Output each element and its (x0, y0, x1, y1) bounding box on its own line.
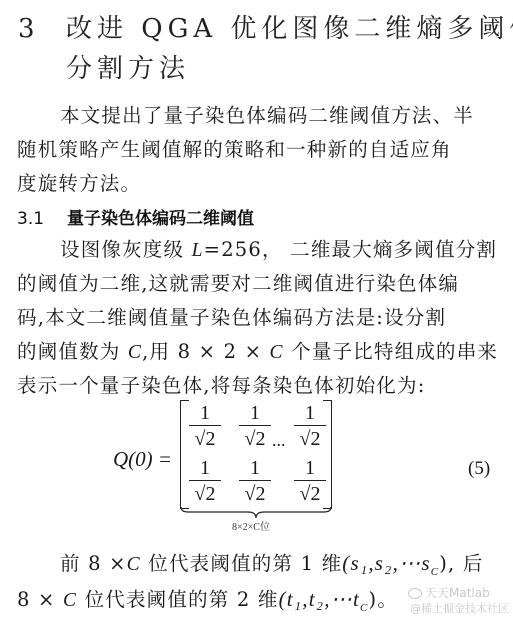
body-line4: 的阈值数为 C,用 8 × 2 × C 个量子比特组成的串来 (17, 336, 498, 364)
intro-line3: 度旋转方法。 (17, 168, 141, 196)
closing-line2: 8 × C 位代表阈值的第 2 维(t₁,t₂,⋯tC)。 (17, 584, 398, 614)
numerator: 1 (187, 402, 223, 424)
subsection-number: 3.1 (17, 209, 67, 229)
numerator: 1 (237, 402, 273, 424)
watermark-line1: 天天Matlab (408, 584, 490, 601)
body-line2: 的阈值为二维,这就需要对二维阈值进行染色体编 (17, 268, 459, 296)
denominator: √2 (237, 427, 273, 451)
equation-number: (5) (468, 458, 490, 480)
matrix-entry-r2c2: 1√2 (237, 457, 273, 506)
matrix-ellipsis: ... (272, 430, 286, 451)
variable-C: C (127, 554, 141, 575)
section-title-line1: 改进 QGA 优化图像二维熵多阈值 (66, 14, 513, 44)
text: 设图像灰度级 (60, 238, 192, 261)
section-number: 3 (18, 14, 66, 44)
matrix-entry-r2c3: 1√2 (292, 457, 328, 506)
text: ), 后 (439, 552, 483, 575)
text: 个量子比特组成的串来 (284, 340, 498, 363)
text: 8 × (17, 588, 63, 611)
matrix-entry-r1c1: 1√2 (187, 402, 223, 451)
matrix-entry-r2c1: 1√2 (187, 457, 223, 506)
body-line5: 表示一个量子染色体,将每条染色体初始化为: (17, 370, 425, 398)
text: 位代表阈值的第 2 维 (77, 588, 278, 611)
tuple-t: (t₁,t₂,⋯tC (279, 587, 369, 611)
text: =256， 二维最大熵多阈值分割 (204, 238, 497, 261)
subsection-heading: 3.1量子染色体编码二维阈值 (17, 204, 254, 229)
section-title-line2: 分割方法 (66, 48, 190, 85)
denominator: √2 (292, 427, 328, 451)
numerator: 1 (237, 457, 273, 479)
watermark-line2: @稀土掘金技术社区 (410, 600, 509, 616)
wechat-icon (408, 588, 422, 599)
text: 的阈值数为 (17, 340, 128, 363)
watermark-account: 天天Matlab (425, 586, 490, 600)
section-heading: 3改进 QGA 优化图像二维熵多阈值 (18, 8, 513, 45)
text: 位代表阈值的第 1 维 (141, 552, 342, 575)
closing-line1: 前 8 ×C 位代表阈值的第 1 维(s₁,s₂,⋯sC), 后 (60, 548, 484, 578)
lhs-text: Q(0) = (113, 447, 172, 471)
denominator: √2 (237, 482, 273, 506)
denominator: √2 (187, 427, 223, 451)
text: 前 8 × (60, 552, 127, 575)
body-line1: 设图像灰度级 L=256， 二维最大熵多阈值分割 (60, 234, 497, 262)
text: ,用 8 × 2 × (142, 340, 269, 363)
numerator: 1 (292, 457, 328, 479)
subsection-title: 量子染色体编码二维阈值 (67, 209, 254, 229)
variable-C: C (270, 342, 284, 363)
intro-line1: 本文提出了量子染色体编码二维阈值方法、半 (60, 100, 474, 128)
variable-C: C (63, 590, 77, 611)
matrix-entry-r1c3: 1√2 (292, 402, 328, 451)
text: )。 (369, 588, 399, 611)
underbrace-label: 8×2×C位 (232, 518, 270, 533)
denominator: √2 (292, 482, 328, 506)
intro-line2: 随机策略产生阈值解的策略和一种新的自适应角 (17, 134, 452, 162)
numerator: 1 (292, 402, 328, 424)
variable-L: L (192, 240, 204, 261)
matrix-entry-r1c2: 1√2 (237, 402, 273, 451)
tuple-s: (s₁,s₂,⋯sC (342, 551, 439, 575)
body-line3: 码,本文二维阈值量子染色体编码方法是:设分割 (17, 302, 446, 330)
variable-C: C (128, 342, 142, 363)
numerator: 1 (187, 457, 223, 479)
denominator: √2 (187, 482, 223, 506)
equation-lhs: Q(0) = (113, 447, 172, 472)
